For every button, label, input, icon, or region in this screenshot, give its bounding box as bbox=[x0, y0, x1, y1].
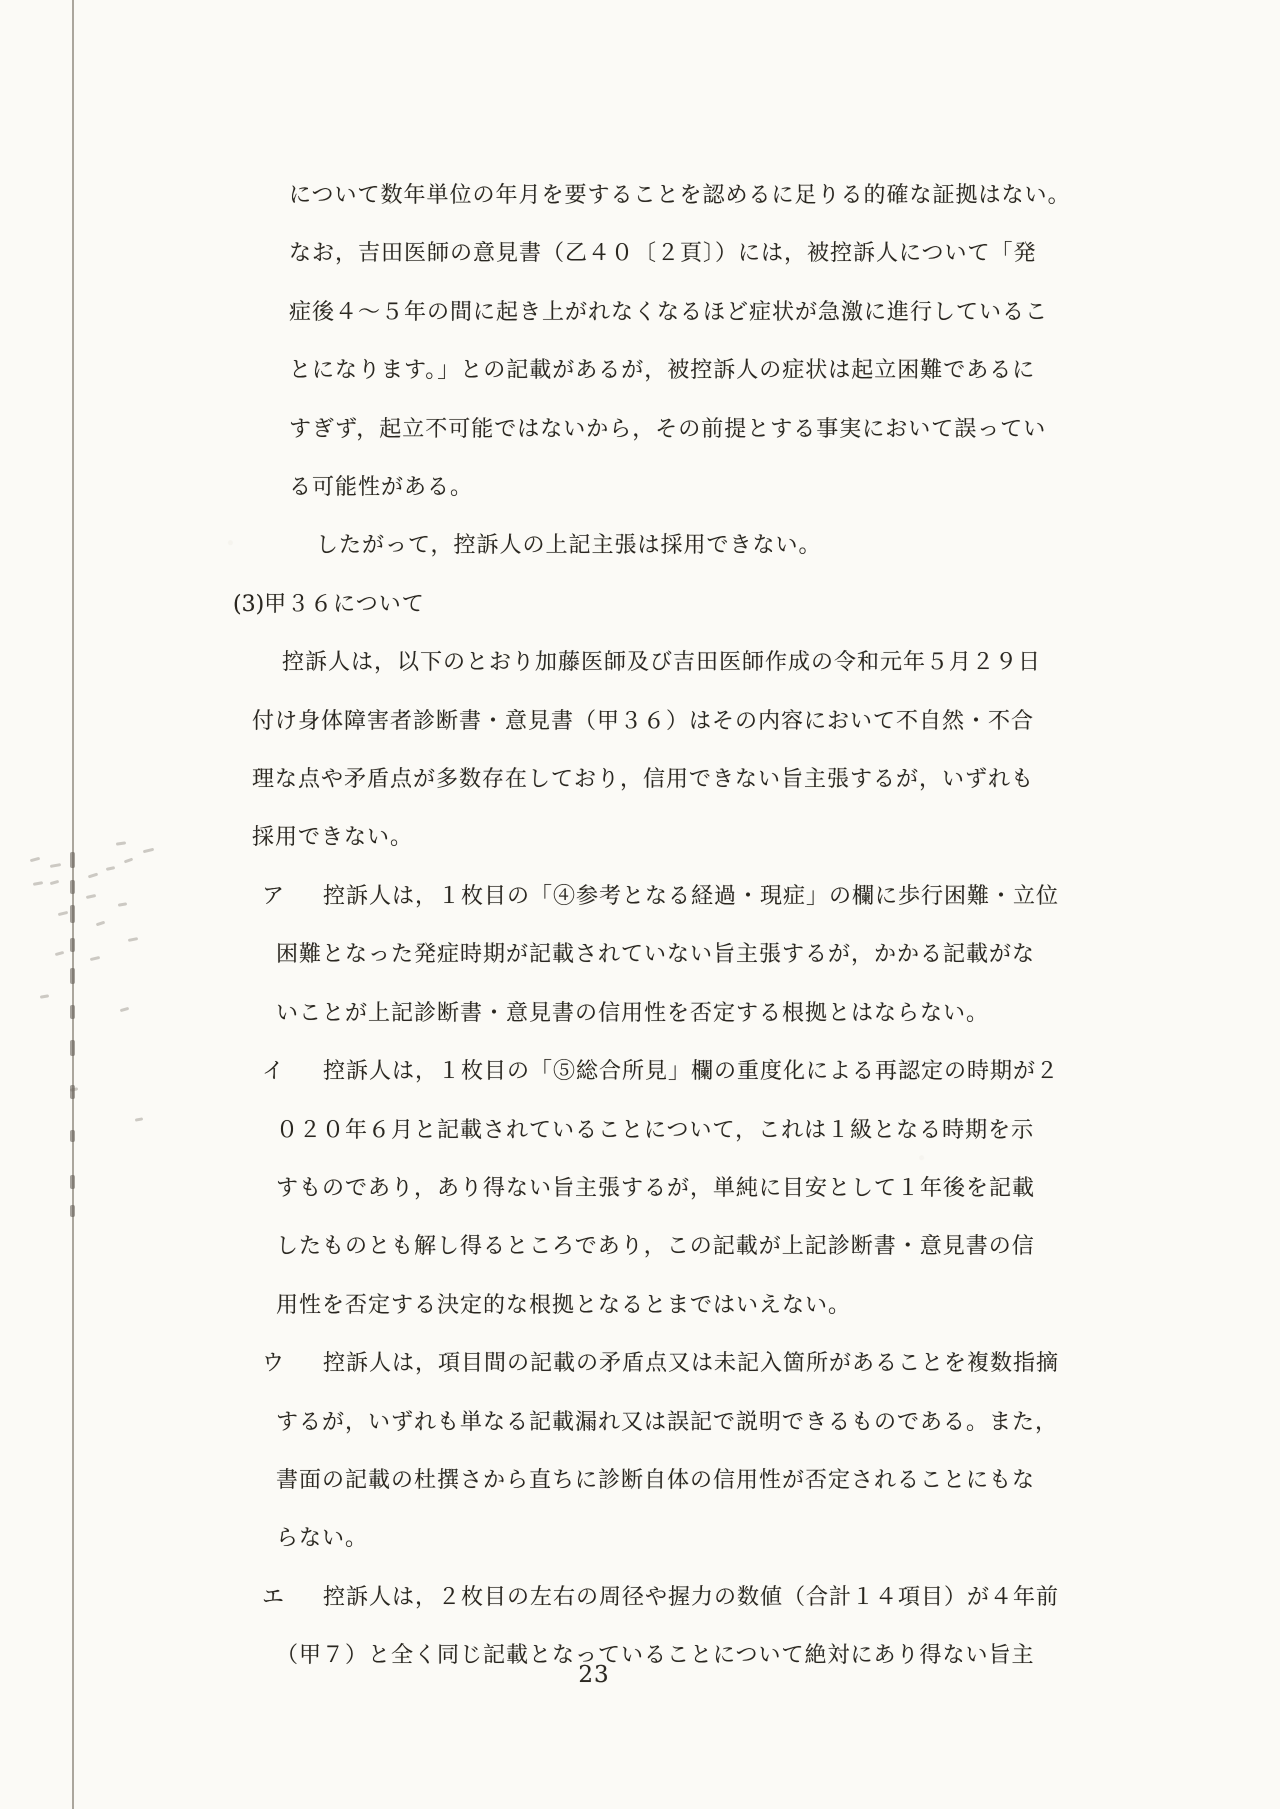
page-number: 23 bbox=[558, 1662, 630, 1688]
text-line: 付け身体障害者診断書・意見書（甲３６）はその内容において不自然・不合 bbox=[252, 693, 1280, 751]
item-marker: エ bbox=[262, 1569, 285, 1627]
text-line: 控訴人は，以下のとおり加藤医師及び吉田医師作成の令和元年５月２９日 bbox=[282, 634, 1280, 692]
text-line-content: 用性を否定する決定的な根拠となるとまではいえない。 bbox=[276, 1293, 851, 1318]
text-line: について数年単位の年月を要することを認めるに足りる的確な証拠はない。 bbox=[289, 167, 1280, 225]
item-marker: ウ bbox=[262, 1335, 285, 1393]
text-line-content: 理な点や矛盾点が多数存在しており，信用できない旨主張するが，いずれも bbox=[252, 767, 1034, 792]
item-marker: ア bbox=[262, 868, 285, 926]
text-line-content: 採用できない。 bbox=[252, 825, 413, 850]
text-line-content: とになります。」との記載があるが，被控訴人の症状は起立困難であるに bbox=[289, 358, 1035, 383]
text-line-content: 書面の記載の杜撰さから直ちに診断自体の信用性が否定されることにもな bbox=[276, 1468, 1035, 1493]
item-marker: イ bbox=[262, 1043, 285, 1101]
text-line-content: 甲３６について bbox=[264, 592, 425, 617]
text-line-content: （甲７）と全く同じ記載となっていることについて絶対にあり得ない旨主 bbox=[276, 1643, 1035, 1668]
text-line: 採用できない。 bbox=[252, 809, 1280, 867]
text-line: ウ控訴人は，項目間の記載の矛盾点又は未記入箇所があることを複数指摘 bbox=[262, 1335, 1280, 1393]
text-line-content: するが，いずれも単なる記載漏れ又は誤記で説明できるものである。また， bbox=[276, 1410, 1058, 1435]
text-line-content: る可能性がある。 bbox=[289, 475, 473, 500]
text-line: とになります。」との記載があるが，被控訴人の症状は起立困難であるに bbox=[289, 342, 1280, 400]
text-line: ０２０年６月と記載されていることについて，これは１級となる時期を示 bbox=[276, 1102, 1280, 1160]
text-line: するが，いずれも単なる記載漏れ又は誤記で説明できるものである。また， bbox=[276, 1394, 1280, 1452]
text-line-content: したがって，控訴人の上記主張は採用できない。 bbox=[316, 533, 822, 558]
text-line: らない。 bbox=[276, 1510, 1280, 1568]
text-line-content: 控訴人は，項目間の記載の矛盾点又は未記入箇所があることを複数指摘 bbox=[323, 1351, 1059, 1376]
text-line: 用性を否定する決定的な根拠となるとまではいえない。 bbox=[276, 1277, 1280, 1335]
text-line-content: 付け身体障害者診断書・意見書（甲３６）はその内容において不自然・不合 bbox=[252, 709, 1034, 734]
text-line: る可能性がある。 bbox=[289, 459, 1280, 517]
text-line-content: したものとも解し得るところであり，この記載が上記診断書・意見書の信 bbox=[276, 1234, 1035, 1259]
text-line-content: らない。 bbox=[276, 1526, 368, 1551]
text-line: 理な点や矛盾点が多数存在しており，信用できない旨主張するが，いずれも bbox=[252, 751, 1280, 809]
text-line-content: いことが上記診断書・意見書の信用性を否定する根拠とはならない。 bbox=[276, 1001, 989, 1026]
text-line: エ控訴人は，２枚目の左右の周径や握力の数値（合計１４項目）が４年前 bbox=[262, 1569, 1280, 1627]
text-line: 書面の記載の杜撰さから直ちに診断自体の信用性が否定されることにもな bbox=[276, 1452, 1280, 1510]
text-line: いことが上記診断書・意見書の信用性を否定する根拠とはならない。 bbox=[276, 985, 1280, 1043]
text-line: （甲７）と全く同じ記載となっていることについて絶対にあり得ない旨主 bbox=[276, 1627, 1280, 1685]
text-line: なお，吉田医師の意見書（乙４０〔２頁〕）には，被控訴人について「発 bbox=[289, 225, 1280, 283]
scanned-page: について数年単位の年月を要することを認めるに足りる的確な証拠はない。なお，吉田医… bbox=[0, 0, 1280, 1809]
text-line-content: 控訴人は，以下のとおり加藤医師及び吉田医師作成の令和元年５月２９日 bbox=[282, 650, 1041, 675]
text-line: 困難となった発症時期が記載されていない旨主張するが，かかる記載がな bbox=[276, 926, 1280, 984]
text-line-content: 控訴人は，２枚目の左右の周径や握力の数値（合計１４項目）が４年前 bbox=[323, 1585, 1059, 1610]
text-line: イ控訴人は，１枚目の「⑤総合所見」欄の重度化による再認定の時期が２ bbox=[262, 1043, 1280, 1101]
text-line: 症後４～５年の間に起き上がれなくなるほど症状が急激に進行しているこ bbox=[289, 284, 1280, 342]
text-line-content: 困難となった発症時期が記載されていない旨主張するが，かかる記載がな bbox=[276, 942, 1035, 967]
text-line: すぎず，起立不可能ではないから，その前提とする事実において誤ってい bbox=[289, 401, 1280, 459]
text-line: すものであり，あり得ない旨主張するが，単純に目安として１年後を記載 bbox=[276, 1160, 1280, 1218]
text-line-content: 控訴人は，１枚目の「④参考となる経過・現症」の欄に歩行困難・立位 bbox=[323, 884, 1059, 909]
text-line: したものとも解し得るところであり，この記載が上記診断書・意見書の信 bbox=[276, 1218, 1280, 1276]
text-line-content: ０２０年６月と記載されていることについて，これは１級となる時期を示 bbox=[276, 1118, 1034, 1143]
text-line: (3)甲３６について bbox=[233, 576, 1280, 634]
text-line-content: すものであり，あり得ない旨主張するが，単純に目安として１年後を記載 bbox=[276, 1176, 1035, 1201]
text-line-content: について数年単位の年月を要することを認めるに足りる的確な証拠はない。 bbox=[289, 183, 1071, 208]
text-line-content: 症後４～５年の間に起き上がれなくなるほど症状が急激に進行しているこ bbox=[289, 300, 1048, 325]
text-line-content: 控訴人は，１枚目の「⑤総合所見」欄の重度化による再認定の時期が２ bbox=[323, 1059, 1059, 1084]
document-text: について数年単位の年月を要することを認めるに足りる的確な証拠はない。なお，吉田医… bbox=[0, 167, 1280, 1686]
text-line-content: なお，吉田医師の意見書（乙４０〔２頁〕）には，被控訴人について「発 bbox=[289, 241, 1037, 266]
text-line-content: すぎず，起立不可能ではないから，その前提とする事実において誤ってい bbox=[289, 417, 1046, 442]
item-marker: (3) bbox=[233, 576, 264, 634]
text-line: ア控訴人は，１枚目の「④参考となる経過・現症」の欄に歩行困難・立位 bbox=[262, 868, 1280, 926]
text-line: したがって，控訴人の上記主張は採用できない。 bbox=[316, 517, 1280, 575]
